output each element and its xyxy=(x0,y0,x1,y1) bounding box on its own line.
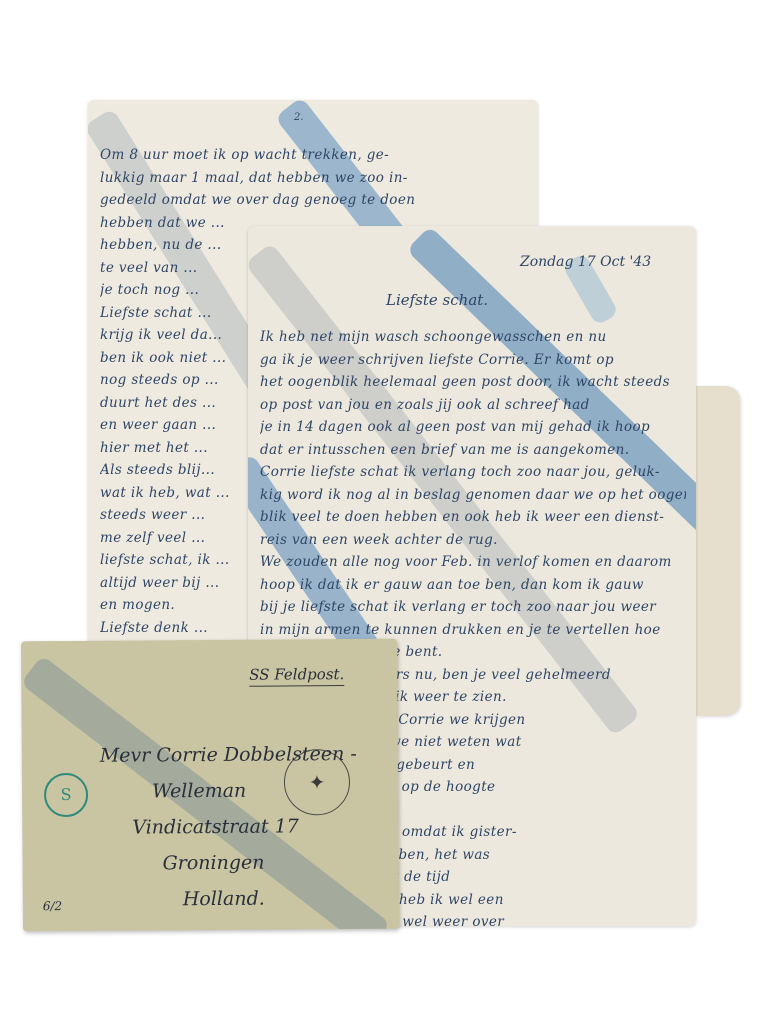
address-line-5: Holland. xyxy=(183,888,265,911)
green-censor-stamp: S xyxy=(44,773,88,817)
address-line-1: Mevr Corrie Dobbelsteen - xyxy=(100,743,357,767)
handwritten-line: in mijn armen te kunnen drukken en je te… xyxy=(260,619,686,642)
page-number: 2. xyxy=(294,112,304,123)
stamp-letter: S xyxy=(61,785,72,804)
address-line-3: Vindicatstraat 17 xyxy=(132,815,299,838)
handwritten-line: hoop ik dat ik er gauw aan toe ben, dan … xyxy=(260,574,686,597)
letter-salutation: Liefste schat. xyxy=(386,291,488,309)
handwritten-line: blik veel te doen hebben en ook heb ik w… xyxy=(260,506,686,529)
address-line-2: Welleman xyxy=(152,780,246,803)
feldpost-envelope: SS Feldpost. S ✦ Mevr Corrie Dobbelsteen… xyxy=(21,639,399,932)
handwritten-line: bij je liefste schat ik verlang er toch … xyxy=(260,596,686,619)
handwritten-line: het oogenblik heelemaal geen post door, … xyxy=(260,371,686,394)
handwritten-line: lukkig maar 1 maal, dat hebben we zoo in… xyxy=(100,167,528,190)
handwritten-line: op post van jou en zoals jij ook al schr… xyxy=(260,394,686,417)
letter-date: Zondag 17 Oct '43 xyxy=(520,254,651,270)
handwritten-line: reis van een week achter de rug. xyxy=(260,529,686,552)
handwritten-line: Ik heb net mijn wasch schoongewasschen e… xyxy=(260,326,686,349)
letter-fold-flap xyxy=(696,386,740,716)
envelope-header: SS Feldpost. xyxy=(249,665,344,687)
handwritten-line: Corrie liefste schat ik verlang toch zoo… xyxy=(260,461,686,484)
handwritten-line: dat er intusschen een brief van me is aa… xyxy=(260,439,686,462)
corner-note: 6/2 xyxy=(43,899,62,913)
handwritten-line: je in 14 dagen ook al geen post van mij … xyxy=(260,416,686,439)
handwritten-line: ga ik je weer schrijven liefste Corrie. … xyxy=(260,349,686,372)
address-line-4: Groningen xyxy=(162,852,264,875)
handwritten-line: Om 8 uur moet ik op wacht trekken, ge- xyxy=(100,144,528,167)
handwritten-line: gedeeld omdat we over dag genoeg te doen xyxy=(100,189,528,212)
handwritten-line: kig word ik nog al in beslag genomen daa… xyxy=(260,484,686,507)
handwritten-line: We zouden alle nog voor Feb. in verlof k… xyxy=(260,551,686,574)
